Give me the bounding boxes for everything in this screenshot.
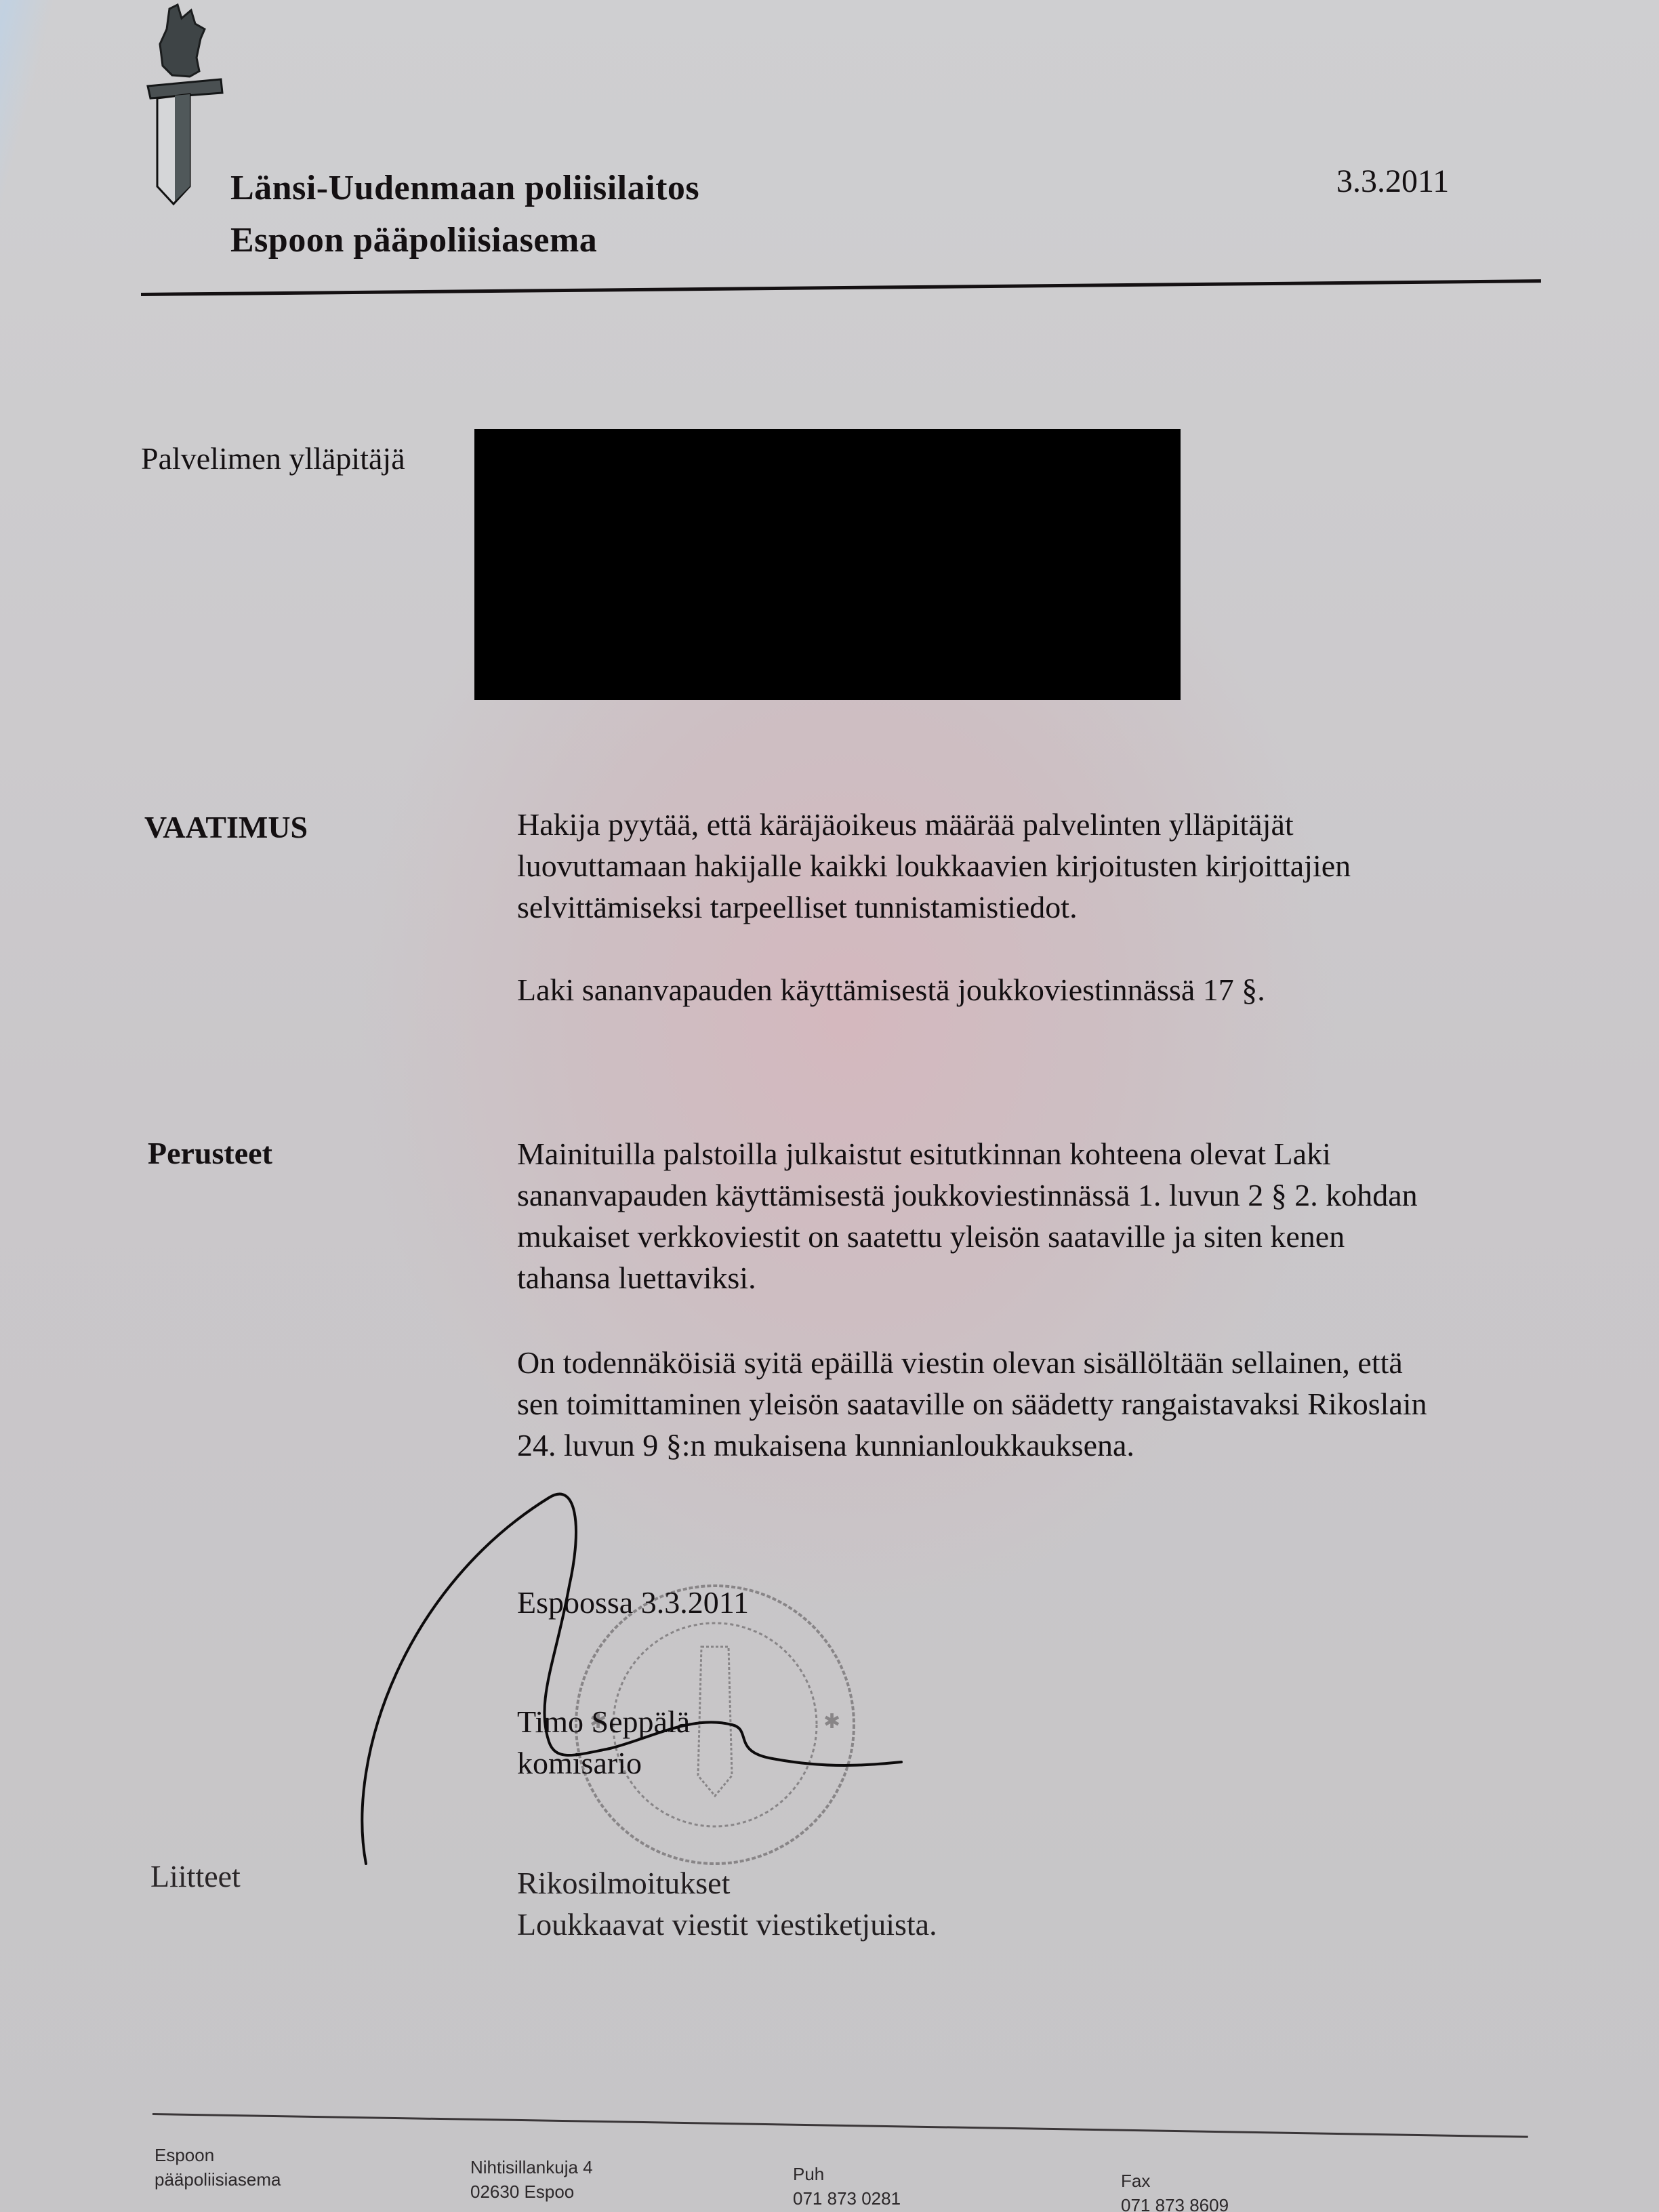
law-reference: Laki sananvapauden käyttämisestä joukkov…: [517, 969, 1265, 1010]
svg-text:✱: ✱: [823, 1711, 840, 1733]
redaction-block: [474, 429, 1181, 700]
text-line: 24. luvun 9 §:n mukaisena kunnianloukkau…: [517, 1425, 1427, 1466]
text-line: On todennäköisiä syitä epäillä viestin o…: [517, 1342, 1427, 1383]
footer-text: Nihtisillankuja 4: [470, 2155, 593, 2179]
footer-text: 071 873 8609: [1121, 2193, 1229, 2212]
police-sword-emblem-icon: [142, 3, 230, 207]
perusteet-paragraph-1: Mainituilla palstoilla julkaistut esitut…: [517, 1133, 1418, 1298]
footer-text: Fax: [1121, 2169, 1229, 2193]
text-line: sananvapauden käyttämisestä joukkoviesti…: [517, 1174, 1418, 1216]
organization-name: Länsi-Uudenmaan poliisilaitos: [230, 168, 699, 208]
footer-office: Espoon pääpoliisiasema: [155, 2143, 281, 2192]
text-line: sen toimittaminen yleisön saataville on …: [517, 1383, 1427, 1425]
signer-name: Timo Seppälä: [517, 1701, 690, 1742]
light-glare: [0, 0, 54, 474]
attachment-item: Loukkaavat viestit viestiketjuista.: [517, 1904, 937, 1945]
section-label-vaatimus: VAATIMUS: [144, 809, 308, 845]
text-line: mukaiset verkkoviestit on saatettu yleis…: [517, 1216, 1418, 1257]
text-line: tahansa luettaviksi.: [517, 1257, 1418, 1298]
section-label-liitteet: Liitteet: [150, 1858, 241, 1894]
server-admin-label: Palvelimen ylläpitäjä: [141, 441, 405, 476]
text-line: Hakija pyytää, että käräjäoikeus määrää …: [517, 804, 1351, 845]
handwritten-signature-icon: [352, 1484, 908, 1891]
document-date: 3.3.2011: [1336, 163, 1449, 200]
text-line: Mainituilla palstoilla julkaistut esitut…: [517, 1133, 1418, 1174]
footer-text: 02630 Espoo: [470, 2179, 593, 2204]
attachment-item: Rikosilmoitukset: [517, 1862, 937, 1904]
footer-fax: Fax 071 873 8609: [1121, 2169, 1229, 2212]
signer-title: komisario: [517, 1742, 690, 1784]
footer-divider: [152, 2113, 1528, 2138]
vaatimus-paragraph: Hakija pyytää, että käräjäoikeus määrää …: [517, 804, 1351, 928]
text-line: luovuttamaan hakijalle kaikki loukkaavie…: [517, 845, 1351, 886]
section-label-perusteet: Perusteet: [148, 1135, 272, 1171]
header-divider: [141, 279, 1541, 296]
footer-text: pääpoliisiasema: [155, 2167, 281, 2192]
text-line: selvittämiseksi tarpeelliset tunnistamis…: [517, 886, 1351, 928]
signing-place-date: Espoossa 3.3.2011: [517, 1582, 749, 1623]
footer-text: Espoon: [155, 2143, 281, 2167]
footer-text: Puh: [793, 2162, 901, 2186]
footer-text: 071 873 0281: [793, 2186, 901, 2211]
footer-address: Nihtisillankuja 4 02630 Espoo: [470, 2155, 593, 2204]
station-name: Espoon pääpoliisiasema: [230, 220, 597, 260]
signer-block: Timo Seppälä komisario: [517, 1701, 690, 1784]
perusteet-paragraph-2: On todennäköisiä syitä epäillä viestin o…: [517, 1342, 1427, 1466]
footer-phone: Puh 071 873 0281: [793, 2162, 901, 2211]
attachments-list: Rikosilmoitukset Loukkaavat viestit vies…: [517, 1862, 937, 1945]
